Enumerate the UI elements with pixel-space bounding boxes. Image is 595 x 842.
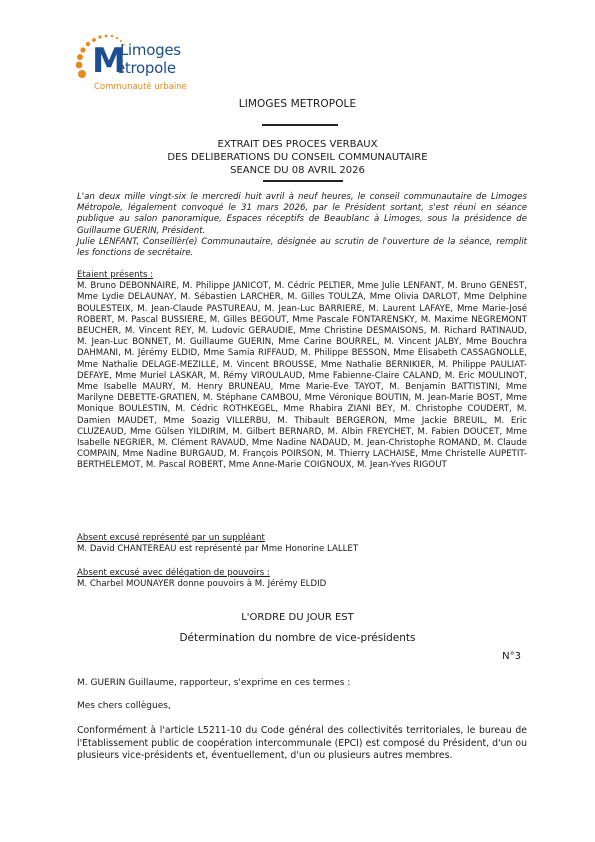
document-page: M Limoges étropole Communauté urbaine LI… <box>0 0 595 842</box>
agenda-subject: Détermination du nombre de vice-présiden… <box>0 632 595 644</box>
agenda-number: N°3 <box>502 651 521 662</box>
agenda-heading: L'ORDRE DU JOUR EST <box>0 612 595 623</box>
divider <box>263 180 343 182</box>
substitute-label: Absent excusé représenté par un suppléan… <box>77 533 527 544</box>
substitute-text: M. David CHANTEREAU est représenté par M… <box>77 544 527 555</box>
proxy-text: M. Charbel MOUNAYER donne pouvoirs à M. … <box>77 579 527 590</box>
limoges-metropole-logo: M Limoges étropole Communauté urbaine <box>72 30 202 90</box>
salutation: Mes chers collègues, <box>77 701 527 712</box>
organization-name: LIMOGES METROPOLE <box>0 98 595 110</box>
secretary-paragraph: Julie LENFANT, Conseillèr(e) Communautai… <box>77 237 527 259</box>
attendance-present-section: Etaient présents : M. Bruno DEBONNAIRE, … <box>77 270 527 472</box>
rapporteur-line: M. GUERIN Guillaume, rapporteur, s'expri… <box>77 678 527 689</box>
present-label: Etaient présents : <box>77 270 527 281</box>
substitute-section: Absent excusé représenté par un suppléan… <box>77 533 527 555</box>
logo-metropole: étropole <box>116 60 176 76</box>
intro-section: L'an deux mille vingt-six le mercredi hu… <box>77 192 527 259</box>
document-title-line-3: SEANCE DU 08 AVRIL 2026 <box>0 164 595 177</box>
divider <box>262 124 338 126</box>
logo-tagline: Communauté urbaine <box>94 82 187 92</box>
logo-limoges: Limoges <box>120 42 181 58</box>
intro-paragraph: L'an deux mille vingt-six le mercredi hu… <box>77 192 527 237</box>
present-list: M. Bruno DEBONNAIRE, M. Philippe JANICOT… <box>77 281 527 471</box>
proxy-section: Absent excusé avec délégation de pouvoir… <box>77 568 527 590</box>
document-title-line-1: EXTRAIT DES PROCES VERBAUX <box>0 138 595 151</box>
document-title-line-2: DES DELIBERATIONS DU CONSEIL COMMUNAUTAI… <box>0 151 595 164</box>
proxy-label: Absent excusé avec délégation de pouvoir… <box>77 568 527 579</box>
article-paragraph: Conformément à l'article L5211-10 du Cod… <box>77 725 527 763</box>
